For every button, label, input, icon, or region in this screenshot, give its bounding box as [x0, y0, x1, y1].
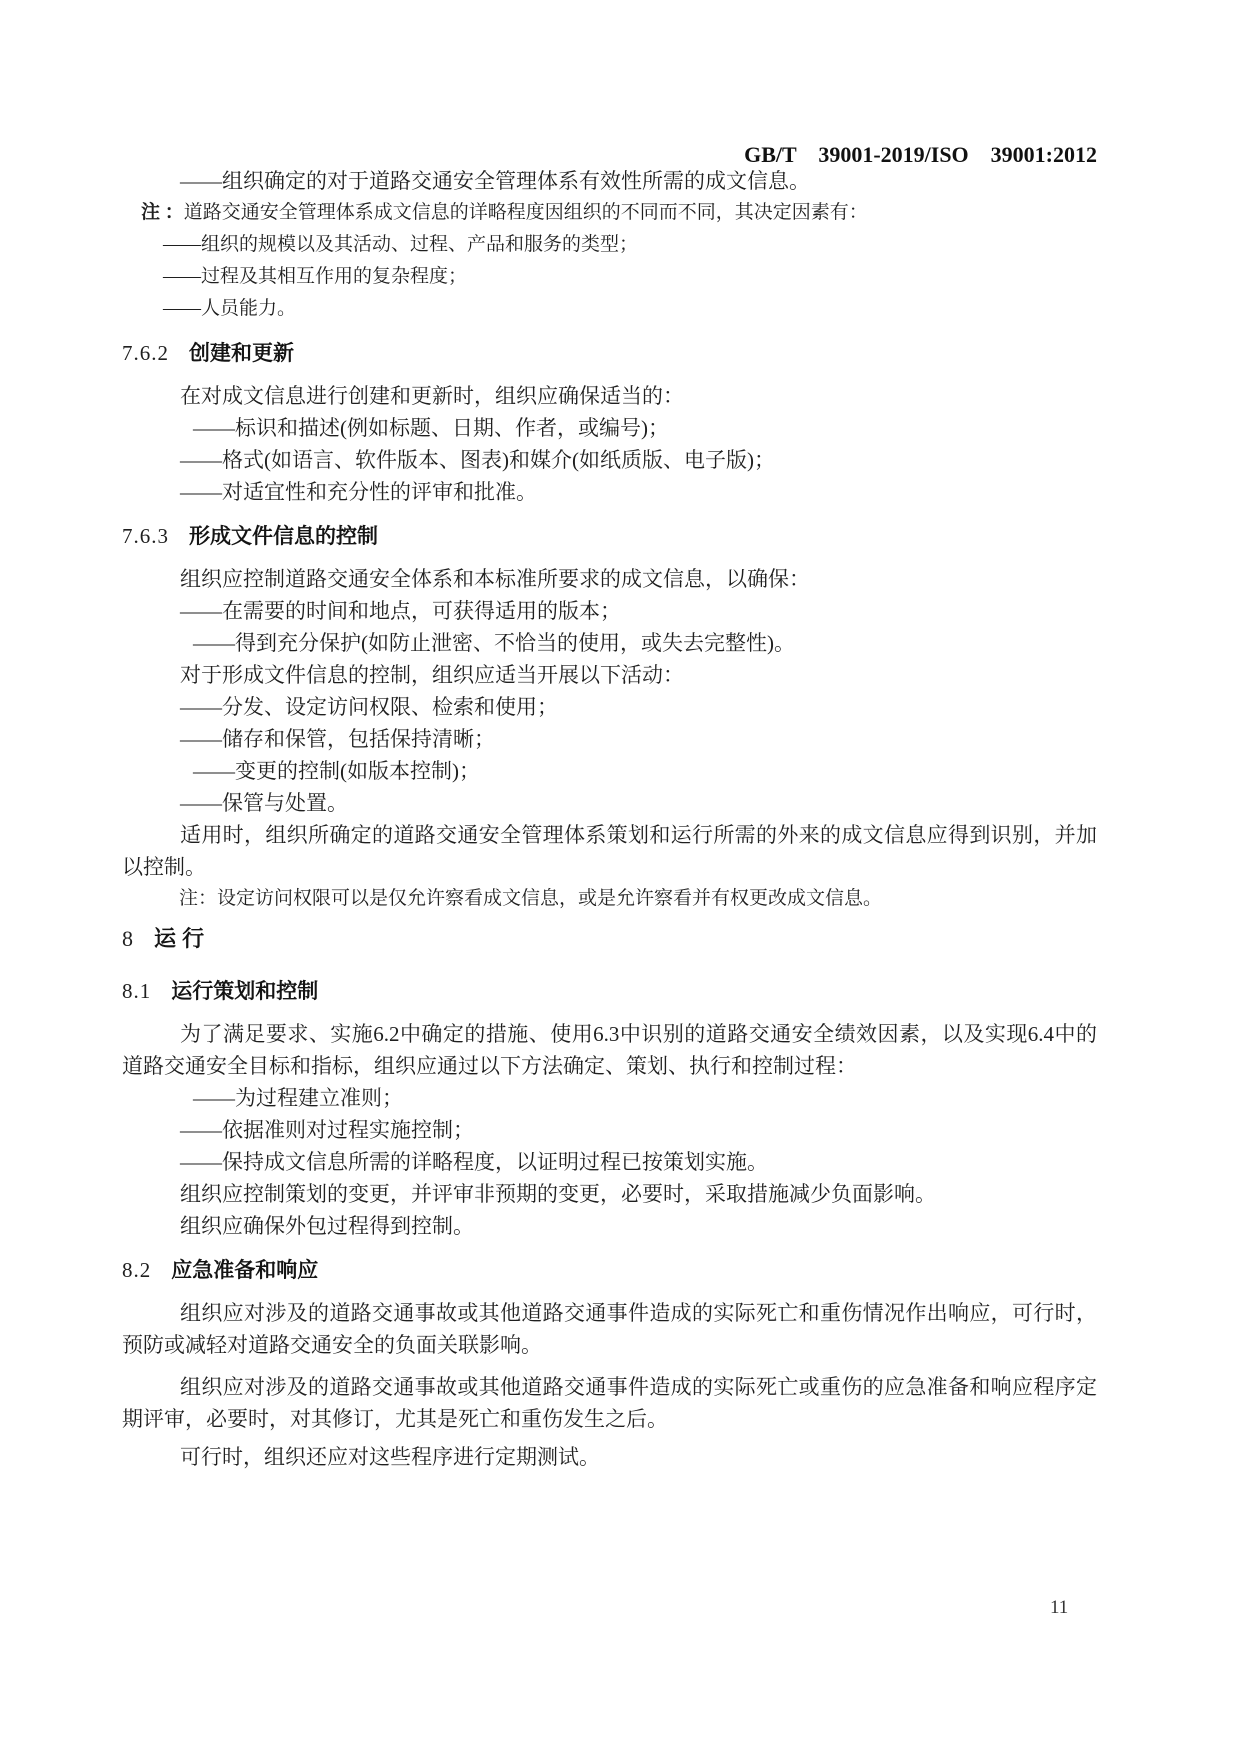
dash-item: ——分发、设定访问权限、检索和使用； — [122, 691, 1097, 723]
section-number: 8.2 — [122, 1258, 151, 1282]
dash-item: ——标识和描述(例如标题、日期、作者，或编号)； — [122, 412, 1097, 444]
section-heading-7-6-3: 7.6.3形成文件信息的控制 — [122, 520, 1097, 553]
dash-item: ——保管与处置。 — [122, 787, 1097, 819]
dash-item: ——得到充分保护(如防止泄密、不恰当的使用，或失去完整性)。 — [122, 627, 1097, 659]
section-title: 运 行 — [154, 926, 204, 951]
note-text: 道路交通安全管理体系成文信息的详略程度因组织的不同而不同，其决定因素有： — [184, 202, 868, 223]
dash-item: ——组织确定的对于道路交通安全管理体系有效性所需的成文信息。 — [122, 165, 1097, 197]
paragraph: 对于形成文件信息的控制，组织应适当开展以下活动： — [122, 659, 1097, 691]
paragraph: 组织应对涉及的道路交通事故或其他道路交通事件造成的实际死亡和重伤情况作出响应，可… — [122, 1297, 1097, 1361]
dash-item: ——变更的控制(如版本控制)； — [122, 755, 1097, 787]
note-dash-item: ——人员能力。 — [122, 293, 1097, 325]
dash-item: ——为过程建立准则； — [122, 1082, 1097, 1114]
dash-item: ——保持成文信息所需的详略程度，以证明过程已按策划实施。 — [122, 1146, 1097, 1178]
section-title: 形成文件信息的控制 — [189, 525, 378, 548]
document-body: ——组织确定的对于道路交通安全管理体系有效性所需的成文信息。 注 ：道路交通安全… — [122, 165, 1097, 1473]
paragraph: 可行时，组织还应对这些程序进行定期测试。 — [122, 1441, 1097, 1473]
section-number: 7.6.3 — [122, 524, 169, 548]
section-title: 应急准备和响应 — [171, 1259, 318, 1282]
paragraph: 为了满足要求、实施6.2中确定的措施、使用6.3中识别的道路交通安全绩效因素，以… — [122, 1018, 1097, 1082]
dash-item: ——储存和保管，包括保持清晰； — [122, 723, 1097, 755]
note-label: 注 ： — [141, 202, 184, 223]
paragraph: 组织应控制道路交通安全体系和本标准所要求的成文信息，以确保： — [122, 563, 1097, 595]
section-title: 创建和更新 — [189, 342, 294, 365]
section-title: 运行策划和控制 — [171, 980, 318, 1003]
section-number: 7.6.2 — [122, 341, 169, 365]
document-page: GB/T 39001-2019/ISO 39001:2012 ——组织确定的对于… — [0, 0, 1240, 1755]
section-heading-8-1: 8.1运行策划和控制 — [122, 975, 1097, 1008]
paragraph: 组织应对涉及的道路交通事故或其他道路交通事件造成的实际死亡或重伤的应急准备和响应… — [122, 1371, 1097, 1435]
note: 注 ：道路交通安全管理体系成文信息的详略程度因组织的不同而不同，其决定因素有： — [122, 197, 1097, 229]
note-dash-item: ——过程及其相互作用的复杂程度； — [122, 261, 1097, 293]
section-number: 8.1 — [122, 979, 151, 1003]
paragraph: 在对成文信息进行创建和更新时，组织应确保适当的： — [122, 380, 1097, 412]
section-number: 8 — [122, 926, 134, 951]
dash-item: ——在需要的时间和地点，可获得适用的版本； — [122, 595, 1097, 627]
dash-item: ——依据准则对过程实施控制； — [122, 1114, 1097, 1146]
dash-item: ——格式(如语言、软件版本、图表)和媒介(如纸质版、电子版)； — [122, 444, 1097, 476]
note: 注：设定访问权限可以是仅允许察看成文信息，或是允许察看并有权更改成文信息。 — [122, 883, 1097, 915]
dash-item: ——对适宜性和充分性的评审和批准。 — [122, 476, 1097, 508]
note-dash-item: ——组织的规模以及其活动、过程、产品和服务的类型； — [122, 229, 1097, 261]
standard-code: GB/T 39001-2019/ISO 39001:2012 — [744, 142, 1097, 167]
section-heading-8: 8运 行 — [122, 923, 1097, 955]
section-heading-8-2: 8.2应急准备和响应 — [122, 1254, 1097, 1287]
paragraph: 适用时，组织所确定的道路交通安全管理体系策划和运行所需的外来的成文信息应得到识别… — [122, 819, 1097, 883]
section-heading-7-6-2: 7.6.2创建和更新 — [122, 337, 1097, 370]
paragraph: 组织应控制策划的变更，并评审非预期的变更，必要时，采取措施减少负面影响。 — [122, 1178, 1097, 1210]
paragraph: 组织应确保外包过程得到控制。 — [122, 1210, 1097, 1242]
page-number: 11 — [1050, 1597, 1068, 1619]
